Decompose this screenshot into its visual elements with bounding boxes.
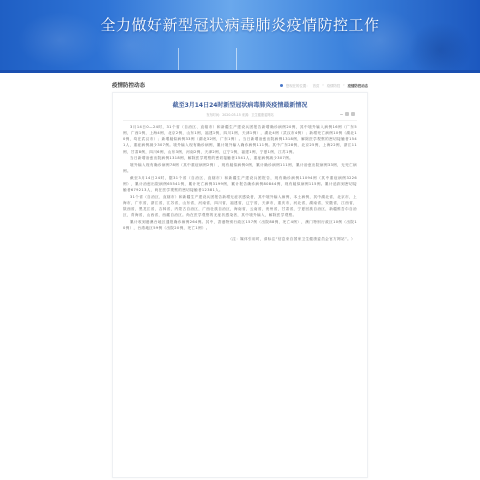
- breadcrumb-home[interactable]: 首页: [313, 83, 320, 88]
- location-pin-icon: [280, 84, 283, 87]
- breadcrumb-current[interactable]: 疫情防控动态: [348, 83, 368, 88]
- section-header: 疫情防控动态 您现在的位置： 首页 › 疫情防控 › 疫情防控动态: [112, 78, 368, 92]
- font-decrease-icon[interactable]: [340, 114, 343, 115]
- breadcrumb-category[interactable]: 疫情防控: [327, 83, 341, 88]
- article-paragraph: 31个省（自治区、直辖市）和新疆生产建设兵团报告新增无症状感染者，其中境外输入病…: [123, 194, 357, 219]
- article-paragraph: 境外输入现有确诊病例78例（其中重症病例2例），现有疑似病例0例，累计确诊病例1…: [123, 162, 357, 174]
- section-title: 疫情防控动态: [112, 81, 145, 89]
- article-note: （注：媒体引用时，请标注“信息来自国家卫生健康委员会官方网站”。）: [123, 236, 357, 242]
- divider: [123, 120, 357, 121]
- article-meta: 发布时间：2020-03-15 来源：卫生健康委网站: [206, 113, 273, 117]
- breadcrumb: 您现在的位置： 首页 › 疫情防控 › 疫情防控动态: [280, 83, 368, 88]
- article-paragraph: 当日新增治愈出院病例1318例，解除医学观察的密切接触者1541人，重症病例减少…: [123, 155, 357, 161]
- wechat-icon[interactable]: [351, 112, 355, 116]
- header-banner: 全力做好新型冠状病毒肺炎疫情防控工作: [0, 0, 480, 73]
- article-meta-row: 发布时间：2020-03-15 来源：卫生健康委网站: [123, 112, 357, 118]
- breadcrumb-separator: ›: [343, 83, 344, 87]
- weibo-icon[interactable]: [345, 112, 349, 116]
- article-card: 截至3月14日24时新型冠状病毒肺炎疫情最新情况 发布时间：2020-03-15…: [112, 92, 368, 478]
- article-title: 截至3月14日24时新型冠状病毒肺炎疫情最新情况: [123, 101, 357, 110]
- banner-title: 全力做好新型冠状病毒肺炎疫情防控工作: [0, 14, 480, 35]
- breadcrumb-prefix: 您现在的位置：: [286, 83, 310, 88]
- article-body: 3月14日0—24时，31个省（自治区、直辖市）和新疆生产建设兵团报告新增确诊病…: [123, 124, 357, 242]
- share-toolbar: [340, 112, 355, 116]
- article-paragraph: 截至3月14日24时，据31个省（自治区、直辖市）和新疆生产建设兵团报告，现有确…: [123, 175, 357, 193]
- article-paragraph: 3月14日0—24时，31个省（自治区、直辖市）和新疆生产建设兵团报告新增确诊病…: [123, 124, 357, 155]
- breadcrumb-separator: ›: [322, 83, 323, 87]
- article-paragraph: 累计收到港澳台地区通报确诊病例264例。其中，香港特别行政区157例（出院88例…: [123, 219, 357, 231]
- banner-decoration: [236, 48, 237, 70]
- banner-decoration: [178, 48, 179, 70]
